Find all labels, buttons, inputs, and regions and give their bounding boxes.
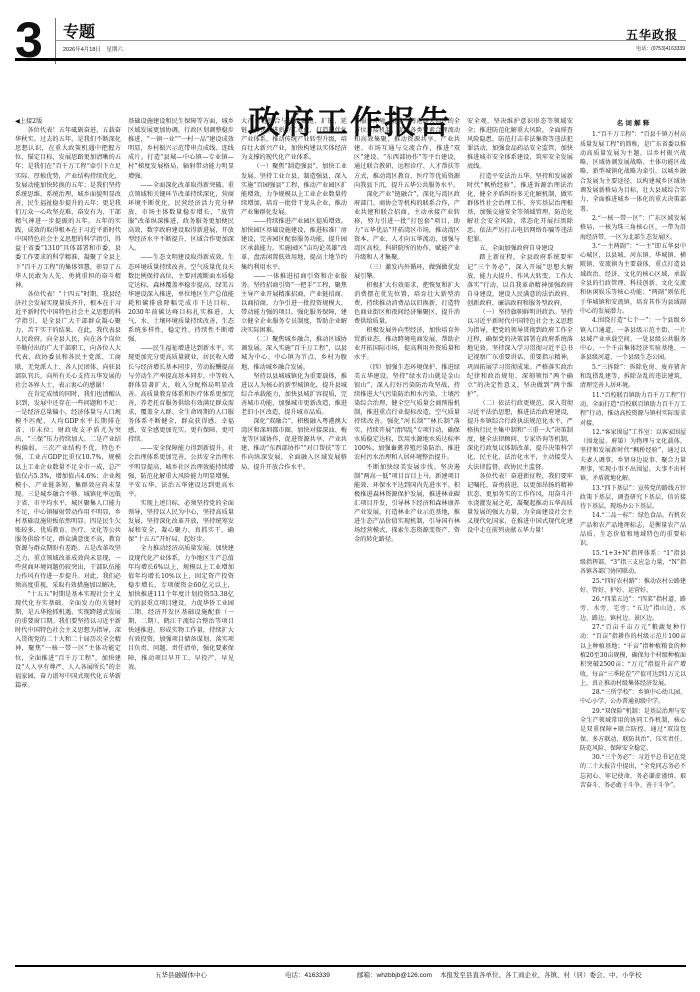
paragraph: （一）聚焦“制造强县”，加快工业发展。坚持工业立县、制造强县，深入实施“百园强县… <box>241 162 347 217</box>
column-2: 基础设施建设和民生保障等方面，城乡区域发展更加协调，行政区划调整稳步推进，“一镇… <box>128 117 234 960</box>
glossary-entry: 13.“四下基层”：宣传党的路线方针政策下基层，调查研究下基层，信访接待下基层，… <box>580 484 686 512</box>
paragraph: 积极发展外向型经济，加快培育外贸新业态，推动跨境电商发展，帮助企业开拓国际市场，… <box>354 326 460 362</box>
paragraph: 积极扩大有效需求，把恢复和扩大消费摆在优先位置，培育壮大新型消费，持续推动消费品… <box>354 281 460 326</box>
paragraph: ——全面深化改革取得新突破。重点领域和关键环节改革持续深化，营商环境不断优化，民… <box>128 181 234 254</box>
glossary-entry: 2.“一核一带一区”：广东区域发展格局，一核为珠三角核心区，一带为沿海经济带，一… <box>580 214 686 242</box>
glossary-entry: 5.“三拆除”：拆除危房、废弃猪舍和乱搭乱建等，拆除杂乱的违法建筑，清理完善人居… <box>580 363 686 391</box>
footer-distribution: 本报发至县直各单位、各工商企业、各镇、村（居）委会、中、小学校 <box>440 970 642 979</box>
paragraph: （四）加强生态环境保护，推进绿美五华建设。坚持“绿水青山就是金山银山”，深入打好… <box>354 363 460 463</box>
glossary-entry: 12.“客家围屋”工作室：以客家围屋（围龙屋、府第）为物理与文化载体，坚持和发展… <box>580 428 686 484</box>
glossary-entry: 4.围绕打造“七个一”：一个县级乡镇入口通道、一条县级示范主街、一片县域产业承载… <box>580 316 686 362</box>
glossary-entry: 14.“二品一标”：绿色食品、有机农产品和农产品地理标志，是衡量农产品品质、生态… <box>580 511 686 548</box>
footer-organization: 五华县融媒体中心 <box>155 970 207 979</box>
glossary-entry: 27.“百亩千亩万元”粮蔬复种行动：“百亩”指耕作的村级示范片100亩以上种植基… <box>580 623 686 688</box>
paragraph: “十五五”时期是基本实现社会主义现代化夯实基础、全面发力的关键时期，是五华抢抓机… <box>15 590 121 690</box>
page-number: 3 <box>15 18 41 62</box>
glossary-entry: 1.“百千万工程”：“百县千镇万村高质量发展工程”的简称，是广东省委以推动高质量… <box>580 130 686 214</box>
glossary-entry: 3.“一主两副”：“一主”即五华县中心城区，以县城、河东镇、华城镇、横陂镇、安流… <box>580 242 686 316</box>
footer: 五华县融媒体中心 电话：4163339 邮箱：whzbbjb@126.com 本… <box>15 970 686 984</box>
paragraph: （三）激发内外循环，做强做优发展引擎。 <box>354 263 460 281</box>
paragraph: ——民生福祉增进达到新水平。实现更加充分更高质量就业，居民收入增长与经济增长基本… <box>128 344 234 444</box>
paragraph: 各位代表！“十四五”时期，我县经济社会发展实现量质齐升，根本在于习近平新时代中国… <box>15 290 121 390</box>
header-thick-rule <box>15 58 686 61</box>
paragraph: 基础设施建设和民生保障等方面，城乡区域发展更加协调，行政区划调整稳步推进，“一镇… <box>128 117 234 181</box>
paragraph: （一）坚持旗帜鲜明讲政治。坚持以习近平新时代中国特色社会主义思想为指导，把党的领… <box>467 308 573 399</box>
paragraph: 务服务环境，健全与粤港澳大湾区的全方位对接机制，促进各类要素合理流动和高效集聚，… <box>354 117 460 190</box>
glossary-entry: 25.“四好农村路”：推动农村公路建好、管好、护好、运营好。 <box>580 577 686 596</box>
paragraph: ——持续推进产业园区提质增效。加快园区基础设施建设，推进标准厂房建设，完善园区配… <box>241 217 347 272</box>
paragraph: 实现上述目标，必须坚持党的全面领导，坚持以人民为中心，坚持高质量发展，坚持深化改… <box>128 499 234 544</box>
paragraph: 坚持以县城城镇化为重要载体，推进以人为核心的新型城镇化，提升县城综合承载能力，加… <box>241 372 347 417</box>
paragraph: 安全观，坚决维护意识形态等领域安全；推进防范化解重大风险，全面排查风险隐患，防范… <box>467 117 573 172</box>
issue-date: 2026年4月18日 星期六 <box>63 45 123 53</box>
header-thin-rule <box>56 40 686 41</box>
column-3: 大产业链整合与建设聚链、扩链、延链，加快推进新型工业化，打造现代化产业体系，推动… <box>241 117 347 960</box>
article-body: ◀上接2版各位代表！五年砥砺奋进，五载奋华秋实。过去的五年，是我们不断深化思想认… <box>15 117 686 960</box>
paragraph: （二）聚焦城乡融合，推动区域协调发展。深入实施“百千万工程”，以县城为中心、中心… <box>241 335 347 371</box>
footer-email[interactable]: 邮箱：whzbbjb@126.com <box>357 970 432 979</box>
paragraph: ——安全保障能力得到新提升。社会治理体系更加完善，公共安全治理水平明显提高，城乡… <box>128 444 234 499</box>
column-5: 安全观，坚决维护意识形态等领域安全；推进防范化解重大风险，全面排查风险隐患，防范… <box>467 117 573 960</box>
paragraph: 在肯定成绩的同时，我们也清醒认识到，发展中还存在一些问题和不足：一是经济总量偏小… <box>15 390 121 590</box>
glossary-entry: 26.“四菜五边”：“四菜”指村道、路旁、水旁、宅旁；“五边”指山边、水边、路边… <box>580 595 686 623</box>
header-phone: 电话：(0753)4163339 <box>636 45 685 52</box>
glossary-heading: 名 词 解 释 <box>580 119 686 128</box>
footer-phone: 电话：4163339 <box>285 970 330 979</box>
paragraph: 全力推动经济高质量发展。加快建设现代化产业体系，力争地区生产总值年均增长6%以上… <box>128 544 234 671</box>
paragraph: 各位代表！五年砥砺奋进，五载奋华秋实。过去的五年，是我们不断深化思想认识，在重大… <box>15 126 121 290</box>
paragraph: ◀上接2版 <box>15 117 121 126</box>
paragraph: 不断加快绿美发展步伐。坚决遏制“两高一低”项目盲目上马，新建项目能效、环保水平达… <box>354 463 460 545</box>
column-4: 务服务环境，健全与粤港澳大湾区的全方位对接机制，促进各类要素合理流动和高效集聚，… <box>354 117 460 960</box>
paragraph: ——生态文明建设取得新成效。生态环境质量持续改善，空气质量优良天数比例保持高位，… <box>128 253 234 344</box>
masthead: 3 专题 2026年4月18日 星期六 <box>15 14 335 62</box>
paragraph: 各位代表！奋进新征程，我们要牢记嘱托、奋勇前进，以更加昂扬的精神状态、更加务实的… <box>467 472 573 536</box>
paragraph: 五、全面加强政府自身建设 <box>467 244 573 253</box>
paragraph: ——一体推进招商引资和企业服务。坚持招商引资“一把手”工程，聚焦主导产业开展精准… <box>241 272 347 336</box>
footer-rule <box>15 965 686 967</box>
section-title: 专题 <box>63 19 95 42</box>
paragraph: 深化产业“链融合”，深化与湾区政府部门、商协会等机构的联系合作，产业共建和联合招… <box>354 190 460 263</box>
glossary-entry: 11.“百校联百镇助力百千万工程”行动，全面打造“百校联百镇助力百千万工程”行动… <box>580 391 686 428</box>
column-1: ◀上接2版各位代表！五年砥砺奋进，五载奋华秋实。过去的五年，是我们不断深化思想认… <box>15 117 121 960</box>
paragraph: 打造平安法治五华。坚持和发展新时代“枫桥经验”，推进诉源治理法治化，健全矛盾纠纷… <box>467 172 573 245</box>
paragraph: （二）依法行政更规范。深入贯彻习近平法治思想，推进法治政府建设，提升乡镇综合行政… <box>467 399 573 472</box>
paragraph: 深化“双融合”，积极融入粤港澳大湾区和深圳都市圈，加快对接深汕、梅龙等区域协作，… <box>241 417 347 472</box>
paper-name: 五华政报 <box>626 26 678 43</box>
paragraph: 大产业链整合与建设聚链、扩链、延链，加快推进新型工业化，打造现代化产业体系，推动… <box>241 117 347 162</box>
paragraph: 踏上新征程，全县政府系统要牢记“三个务必”，深入开展“思想大解放、能力大提升、作… <box>467 253 573 308</box>
glossary-entry: 15.“1+3+N”指挥体系：“1”指县级指挥部，“3”指三支应急力量，“N”指… <box>580 549 686 577</box>
glossary-entry: 29.“双保险”机制：是基层治理与安全生产领域常用的协同工作机制，核心是双重保障… <box>580 707 686 753</box>
glossary-column: 名 词 解 释1.“百千万工程”：“百县千镇万村高质量发展工程”的简称，是广东省… <box>580 117 686 960</box>
glossary-entry: 30.“三个务必”：习近平总书记在党的二十大报告中提出，“全党同志务必不忘初心、… <box>580 753 686 790</box>
glossary-entry: 28.“三所学校”：乡镇中心幼儿园、中心小学、公办普通初级中学。 <box>580 688 686 707</box>
